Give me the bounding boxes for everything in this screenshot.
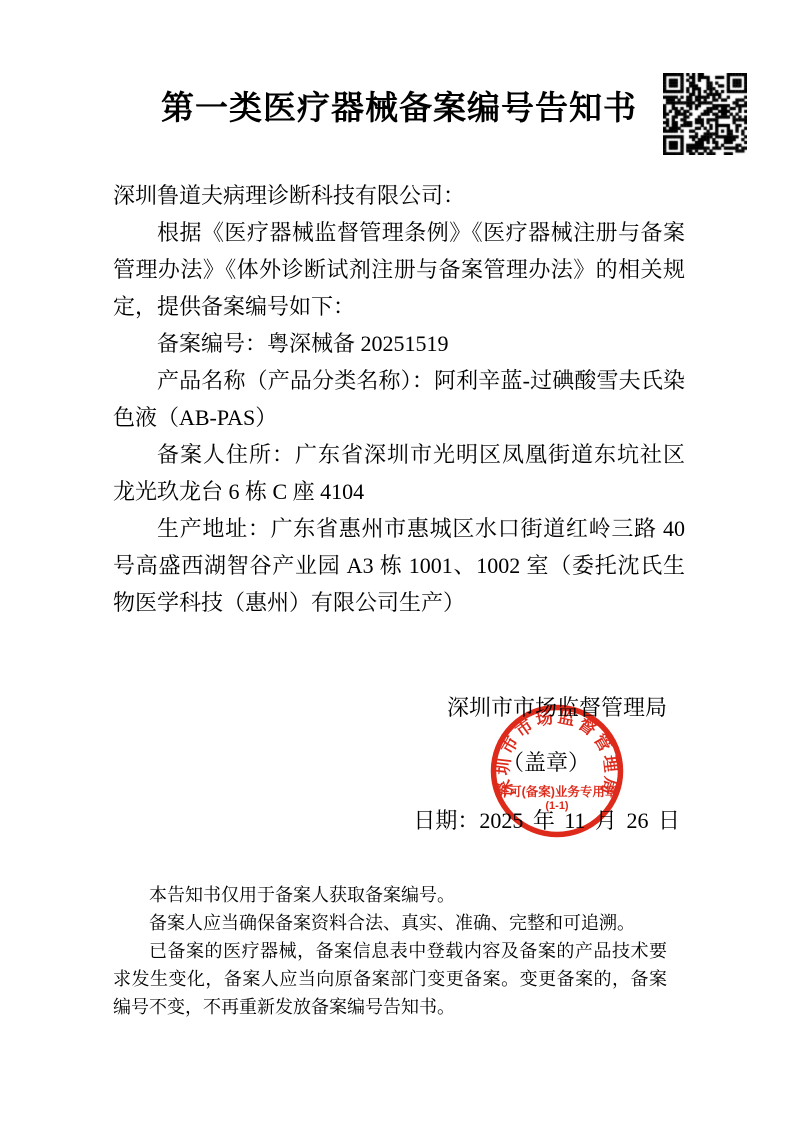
addressee: 深圳鲁道夫病理诊断科技有限公司： bbox=[113, 177, 685, 214]
field-production-address: 生产地址：广东省惠州市惠城区水口街道红岭三路 40 号高盛西湖智谷产业园 A3 … bbox=[113, 510, 685, 621]
field-label: 备案编号： bbox=[157, 331, 267, 356]
document-content: 第一类医疗器械备案编号告知书 深圳鲁道夫病理诊断科技有限公司： 根据《医疗器械监… bbox=[113, 0, 685, 1021]
seal-note: （盖章） bbox=[113, 744, 590, 781]
field-filing-number: 备案编号：粤深械备 20251519 bbox=[113, 325, 685, 362]
field-label: 产品名称（产品分类名称）： bbox=[157, 368, 434, 393]
agency-name: 深圳市市场监督管理局 bbox=[113, 689, 667, 726]
document-title: 第一类医疗器械备案编号告知书 bbox=[113, 88, 685, 130]
field-label: 生产地址： bbox=[157, 516, 271, 541]
signature-block: 深圳市市场监督管理局 （盖章） 日期：2025 年 11 月 26 日 bbox=[113, 689, 685, 839]
footer-note: 备案人应当确保备案资料合法、真实、准确、完整和可追溯。 bbox=[113, 909, 667, 937]
field-registrant-address: 备案人住所：广东省深圳市光明区凤凰街道东坑社区龙光玖龙台 6 栋 C 座 410… bbox=[113, 436, 685, 510]
field-product-name: 产品名称（产品分类名称）：阿利辛蓝-过碘酸雪夫氏染色液（AB-PAS） bbox=[113, 362, 685, 436]
footer-note: 已备案的医疗器械，备案信息表中登载内容及备案的产品技术要求发生变化，备案人应当向… bbox=[113, 937, 667, 1021]
field-label: 备案人住所： bbox=[157, 442, 295, 467]
document-page: 第一类医疗器械备案编号告知书 深圳鲁道夫病理诊断科技有限公司： 根据《医疗器械监… bbox=[0, 0, 794, 1123]
document-body: 深圳鲁道夫病理诊断科技有限公司： 根据《医疗器械监督管理条例》《医疗器械注册与备… bbox=[113, 177, 685, 621]
footer-note: 本告知书仅用于备案人获取备案编号。 bbox=[113, 881, 667, 909]
issue-date: 日期：2025 年 11 月 26 日 bbox=[113, 802, 680, 839]
intro-paragraph: 根据《医疗器械监督管理条例》《医疗器械注册与备案管理办法》《体外诊断试剂注册与备… bbox=[113, 214, 685, 325]
footer-notes: 本告知书仅用于备案人获取备案编号。 备案人应当确保备案资料合法、真实、准确、完整… bbox=[113, 881, 667, 1021]
field-value: 粤深械备 20251519 bbox=[267, 331, 449, 356]
